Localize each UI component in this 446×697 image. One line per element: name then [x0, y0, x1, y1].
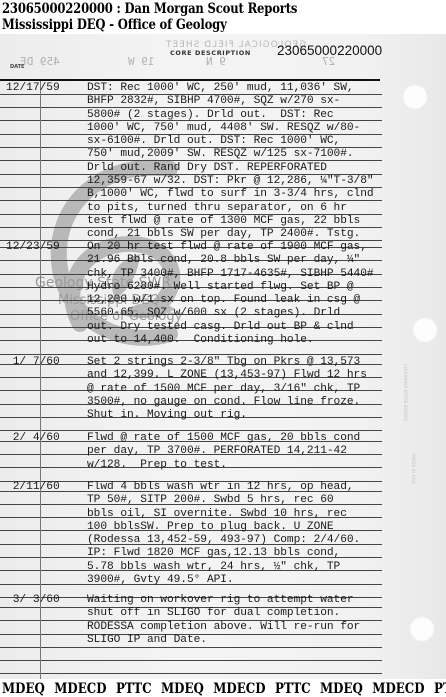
entry-line: @ rate of 1500 MCF per day, 3/16" chk, T… [87, 383, 367, 396]
entry-line: Hydro 6280#. Well started flwg. Set BP @ [87, 281, 374, 294]
entry-line: cond, 21 bbls SW per day, TP 2400#. Tstg… [87, 228, 374, 241]
entry-line: TP 50#, SITP 200#. Swbd 5 hrs, rec 60 [87, 494, 360, 507]
punch-hole-middle [412, 317, 438, 343]
entry-line: Shut in. Moving out rig. [87, 409, 367, 422]
side-imprint-logo: MADE IN USA [410, 454, 415, 484]
report-subtitle: Mississippi DEQ - Office of Geology [2, 17, 227, 33]
entry-date: 2/ 4/60 [6, 432, 60, 445]
entry-line: Flwd 4 bbls wash wtr in 12 hrs, op head, [87, 481, 360, 494]
entry-line: 5800# (2 stages). Drld out. DST: Rec [87, 109, 374, 122]
entry-text: Flwd 4 bbls wash wtr in 12 hrs, op head,… [87, 481, 360, 587]
entry-line: shut off in SLIGO for dual completion. [87, 607, 360, 620]
date-column-divider [40, 81, 41, 679]
entry-line: and 12,399. L ZONE (13,453-97) Flwd 12 h… [87, 369, 367, 382]
entry-line: to pits, turned thru separator, on 6 hr [87, 202, 374, 215]
scanned-field-sheet: GEOLOGICAL FIELD SHEET CORE DESCRIPTION … [0, 34, 446, 679]
ghost-section: 27 [322, 55, 335, 68]
entry-line: DST: Rec 1000' WC, 250' mud, 11,036' SW, [87, 82, 374, 95]
entry-line: per day, TP 3700#. PERFORATED 14,211-42 [87, 445, 360, 458]
entry-line: Drld out. Rand Dry DST. REPERFORATED [87, 162, 374, 175]
entry-line: chk, TP 3400#, BHFP 1717-4635#, SIBHP 54… [87, 268, 374, 281]
entry-line: 5.78 bbls wash wtr, 24 hrs, ½" chk, TP [87, 561, 360, 574]
ghost-elevation: 459 DF [20, 55, 60, 68]
punch-hole-bottom [409, 616, 435, 642]
entry-line: B,1000' WC, flwd to surf in 3-3/4 hrs, c… [87, 188, 374, 201]
side-imprint: LOUISIANA STATE BOARD [402, 364, 407, 421]
entry-line: BHFP 2832#, SIBHP 4700#, SQZ w/270 sx- [87, 95, 374, 108]
entry-line: IP: Flwd 1820 MCF gas,12.13 bbls cond, [87, 547, 360, 560]
entry-text: DST: Rec 1000' WC, 250' mud, 11,036' SW,… [87, 82, 374, 242]
entry-date: 12/17/59 [6, 82, 60, 95]
entry-line: out. Dry tested casg. Drld out BP & clnd [87, 321, 374, 334]
entry-line: Waiting on workover rig to attempt water [87, 594, 360, 607]
ghost-range: 19 W [128, 55, 155, 68]
entry-date: 12/23/59 [6, 241, 60, 254]
entry-line: bbls oil, SI overnite. Swbd 10 hrs, rec [87, 508, 360, 521]
entry-line: 750' mud,2009' SW. RESQZ w/125 sx-7100#. [87, 148, 374, 161]
entry-line: (Rodessa 13,452-59, 493-97) Comp: 2/4/60… [87, 534, 360, 547]
entry-line: sx-6100#. Drld out. DST: Rec 1000' WC, [87, 135, 374, 148]
entry-line: On 20 hr test flwd @ rate of 1900 MCF ga… [87, 241, 374, 254]
entry-line: 21.96 Bbls cond, 20.8 bbls SW per day, ¼… [87, 254, 374, 267]
entry-line: 1000' WC, 750' mud, 4408' SW. RESQZ w/80… [87, 122, 374, 135]
entry-text: Waiting on workover rig to attempt water… [87, 594, 360, 647]
report-title: 23065000220000 : Dan Morgan Scout Report… [2, 1, 297, 17]
entry-line: 3900#, Gvty 49.5° API. [87, 574, 360, 587]
entry-date: 3/ 3/60 [6, 594, 60, 607]
punch-hole-top [402, 84, 428, 110]
entry-date: 2/11/60 [6, 481, 60, 494]
entry-date: 1/ 7/60 [6, 356, 60, 369]
entry-line: 12,200 w/1 sx on top. Found leak in csg … [87, 294, 374, 307]
entry-line: test flwd @ rate of 1300 MCF gas, 22 bbl… [87, 215, 374, 228]
entry-line: 5560-65. SQZ w/600 sx (2 stages). Drld [87, 307, 374, 320]
entry-line: 12,359-67 w/32. DST: Pkr @ 12,286, ¼"T-3… [87, 175, 374, 188]
entry-text: Set 2 strings 2-3/8" Tbg on Pkrs @ 13,57… [87, 356, 367, 422]
entry-line: Flwd @ rate of 1500 MCF gas, 20 bbls con… [87, 432, 360, 445]
entry-line: out to 14,400. Conditioning hole. [87, 334, 374, 347]
footer-agency-banner: MDEQ MDECD PTTC MDEQ MDECD PTTC MDEQ MDE… [2, 681, 446, 697]
entry-text: Flwd @ rate of 1500 MCF gas, 20 bbls con… [87, 432, 360, 472]
ghost-township: 9 N [206, 55, 226, 68]
entry-line: SLIGO IP and Date. [87, 634, 360, 647]
entry-text: On 20 hr test flwd @ rate of 1900 MCF ga… [87, 241, 374, 347]
entry-line: w/128. Prep to test. [87, 459, 360, 472]
entry-line: RODESSA completion above. Will re-run fo… [87, 621, 360, 634]
entry-line: Set 2 strings 2-3/8" Tbg on Pkrs @ 13,57… [87, 356, 367, 369]
entry-line: 100 bblsSW. Prep to plug back. U ZONE [87, 521, 360, 534]
entry-line: 3500#, no gauge on cond. Flow line froze… [87, 396, 367, 409]
